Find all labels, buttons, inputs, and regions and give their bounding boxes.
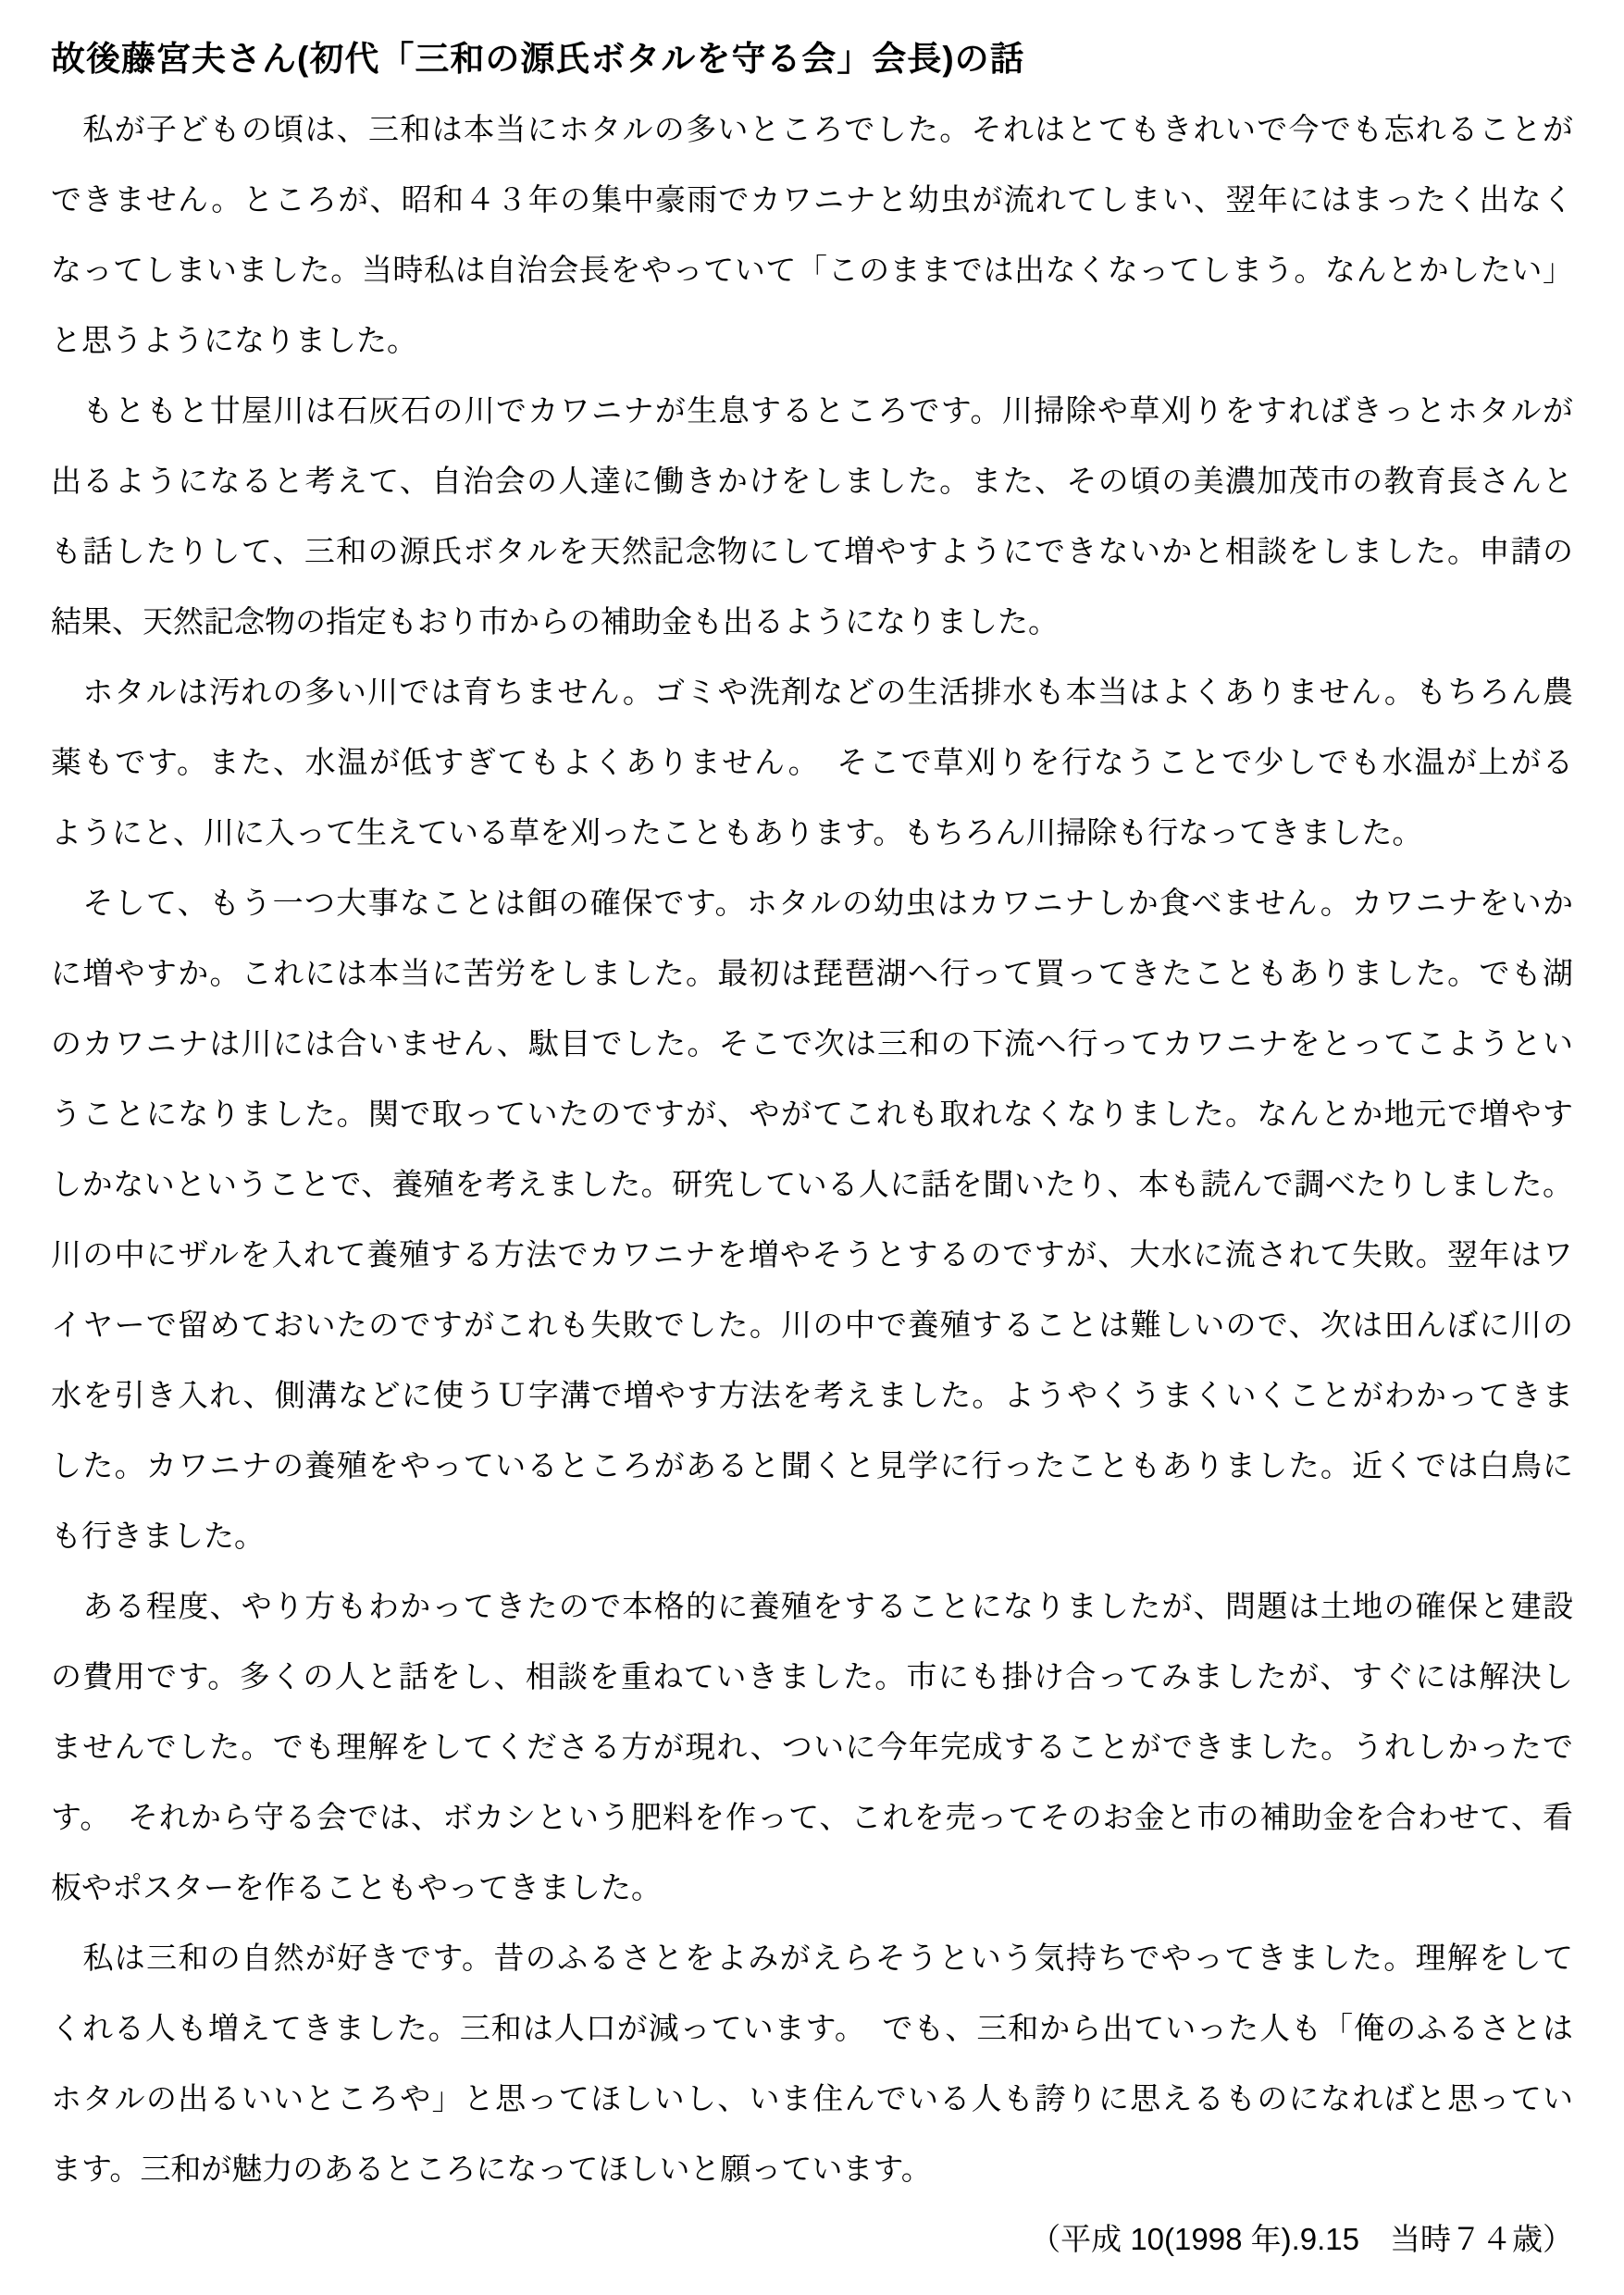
text-line: 板やポスターを作ることもやってきました。 [51, 1853, 1573, 1923]
text-line: も行きました。 [51, 1501, 1573, 1571]
document-page: 故後藤宮夫さん(初代「三和の源氏ボタルを守る会」会長)の話 私が子どもの頃は、三… [0, 0, 1624, 2295]
text-line: ホタルは汚れの多い川では育ちません。ゴミや洗剤などの生活排水も本当はよくありませ… [51, 657, 1573, 727]
text-line: 結果、天然記念物の指定もおり市からの補助金も出るようになりました。 [51, 587, 1573, 657]
text-line: す。 それから守る会では、ボカシという肥料を作って、これを売ってそのお金と市の補… [51, 1782, 1573, 1853]
text-line: の費用です。多くの人と話をし、相談を重ねていきました。市にも掛け合ってみましたが… [51, 1642, 1573, 1712]
text-line: も話したりして、三和の源氏ボタルを天然記念物にして増やすようにできないかと相談を… [51, 516, 1573, 587]
text-line: ある程度、やり方もわかってきたので本格的に養殖をすることになりましたが、問題は土… [51, 1571, 1573, 1642]
text-line: そして、もう一つ大事なことは餌の確保です。ホタルの幼虫はカワニナしか食べません。… [51, 868, 1573, 938]
text-line: ようにと、川に入って生えている草を刈ったこともあります。もちろん川掃除も行なって… [51, 798, 1573, 868]
text-line: と思うようになりました。 [51, 305, 1573, 376]
text-line: ホタルの出るいいところや」と思ってほしいし、いま住んでいる人も誇りに思えるものに… [51, 2064, 1573, 2134]
text-line: 私は三和の自然が好きです。昔のふるさとをよみがえらそうという気持ちでやってきまし… [51, 1923, 1573, 1993]
text-line: なってしまいました。当時私は自治会長をやっていて「このままでは出なくなってしまう… [51, 235, 1573, 305]
text-line: うことになりました。関で取っていたのですが、やがてこれも取れなくなりました。なん… [51, 1079, 1573, 1149]
text-line: しかないということで、養殖を考えました。研究している人に話を聞いたり、本も読んで… [51, 1149, 1573, 1220]
text-line: イヤーで留めておいたのですがこれも失敗でした。川の中で養殖することは難しいので、… [51, 1290, 1573, 1360]
text-line: 川の中にザルを入れて養殖する方法でカワニナを増やそうとするのですが、大水に流され… [51, 1220, 1573, 1290]
text-line: した。カワニナの養殖をやっているところがあると聞くと見学に行ったこともありました… [51, 1431, 1573, 1501]
text-line: くれる人も増えてきました。三和は人口が減っています。 でも、三和から出ていった人… [51, 1993, 1573, 2064]
text-line: 出るようになると考えて、自治会の人達に働きかけをしました。また、その頃の美濃加茂… [51, 446, 1573, 516]
footer-date: （平成 10(1998 年).9.15 当時７４歳） [51, 2204, 1573, 2275]
text-line: に増やすか。これには本当に苦労をしました。最初は琵琶湖へ行って買ってきたこともあ… [51, 938, 1573, 1009]
document-title: 故後藤宮夫さん(初代「三和の源氏ボタルを守る会」会長)の話 [51, 24, 1573, 94]
text-line: ます。三和が魅力のあるところになってほしいと願っています。 [51, 2134, 1573, 2204]
text-line: 水を引き入れ、側溝などに使うＵ字溝で増やす方法を考えました。ようやくうまくいくこ… [51, 1360, 1573, 1431]
text-line: もともと廿屋川は石灰石の川でカワニナが生息するところです。川掃除や草刈りをすれば… [51, 376, 1573, 446]
text-line: ませんでした。でも理解をしてくださる方が現れ、ついに今年完成することができました… [51, 1712, 1573, 1782]
text-line: 薬もです。また、水温が低すぎてもよくありません。 そこで草刈りを行なうことで少し… [51, 727, 1573, 798]
document-body: 私が子どもの頃は、三和は本当にホタルの多いところでした。それはとてもきれいで今で… [51, 94, 1573, 2204]
text-line: のカワニナは川には合いません、駄目でした。そこで次は三和の下流へ行ってカワニナを… [51, 1009, 1573, 1079]
document-content: 故後藤宮夫さん(初代「三和の源氏ボタルを守る会」会長)の話 私が子どもの頃は、三… [51, 24, 1573, 2275]
text-line: できません。ところが、昭和４３年の集中豪雨でカワニナと幼虫が流れてしまい、翌年に… [51, 165, 1573, 235]
text-line: 私が子どもの頃は、三和は本当にホタルの多いところでした。それはとてもきれいで今で… [51, 94, 1573, 165]
